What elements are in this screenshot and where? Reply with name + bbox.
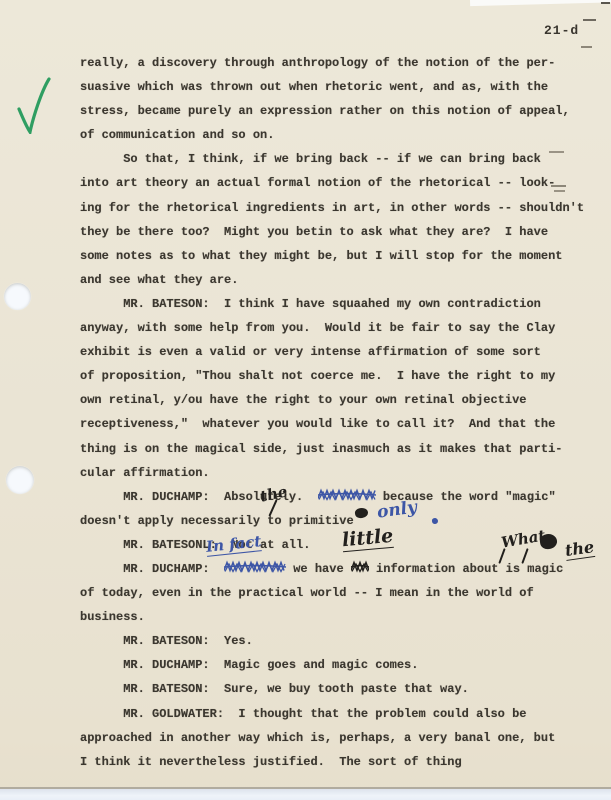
typed-line: MR. BATESON: Yes.	[80, 629, 611, 653]
typed-segment: we have	[286, 562, 351, 576]
handwritten-little: little	[341, 525, 394, 552]
typed-segment: MR. BATESON: Sure, we buy tooth paste th…	[80, 682, 469, 696]
typed-segment: MR. DUCHAMP: Magic goes and magic comes.	[80, 658, 418, 672]
typed-line: of proposition, "Thou shalt not coerce m…	[80, 364, 611, 388]
typed-segment: doesn't apply necessarily to primitive	[80, 514, 354, 528]
typed-segment: MR. GOLDWATER: I thought that the proble…	[80, 707, 526, 721]
typed-line: into art theory an actual formal notion …	[80, 171, 611, 195]
typed-segment: of today, even in the practical world --…	[80, 586, 534, 600]
typed-line: MR. DUCHAMP: Absolutely. because the wor…	[80, 485, 611, 509]
ink-scribble	[224, 560, 286, 573]
typed-line: MR. DUCHAMP: we have information about i…	[80, 557, 611, 581]
typed-line: suasive which was thrown out when rhetor…	[80, 75, 611, 99]
typed-line: MR. GOLDWATER: I thought that the proble…	[80, 702, 611, 726]
typed-segment: thing is on the magical side, just inasm…	[80, 442, 562, 456]
typed-line: really, a discovery through anthropology…	[80, 51, 611, 75]
pencil-dash	[551, 185, 566, 187]
punch-hole	[6, 466, 34, 494]
pencil-dash	[581, 46, 592, 48]
typed-line: thing is on the magical side, just inasm…	[80, 437, 611, 461]
pencil-dash	[583, 19, 596, 21]
typed-segment: really, a discovery through anthropology…	[80, 56, 555, 70]
typed-segment: of communication and so on.	[80, 128, 274, 142]
typed-segment: stress, became purely an expression rath…	[80, 104, 570, 118]
typed-segment: ing for the rhetorical ingredients in ar…	[80, 201, 584, 215]
typed-line: MR. BATESON: Sure, we buy tooth paste th…	[80, 677, 611, 701]
scan-bottom-strip	[0, 789, 611, 800]
handwritten-the-2: the	[564, 537, 596, 561]
typed-line: and see what they are.	[80, 268, 611, 292]
typed-line: business.	[80, 605, 611, 629]
punch-hole	[4, 283, 31, 310]
typed-line: MR. BATESON: I think I have squaahed my …	[80, 292, 611, 316]
typed-text: really, a discovery through anthropology…	[80, 51, 611, 774]
typed-segment: MR. BATESONL: Not at all.	[80, 538, 310, 552]
typed-line: approached in another way which is, perh…	[80, 726, 611, 750]
typed-line: anyway, with some help from you. Would i…	[80, 316, 611, 340]
typed-segment: MR. BATESON: Yes.	[80, 634, 253, 648]
typed-segment: cular affirmation.	[80, 466, 210, 480]
typed-line: some notes as to what they might be, but…	[80, 244, 611, 268]
pencil-dash	[549, 151, 564, 153]
typed-line: ing for the rhetorical ingredients in ar…	[80, 196, 611, 220]
typed-line: cular affirmation.	[80, 461, 611, 485]
edge-mark	[601, 2, 610, 4]
typed-segment: MR. BATESON: I think I have squaahed my …	[80, 297, 541, 311]
typed-segment: and see what they are.	[80, 273, 238, 287]
scanned-transcript-page: 21-d really, a discovery through anthrop…	[0, 0, 611, 800]
typed-line: stress, became purely an expression rath…	[80, 99, 611, 123]
typed-line: So that, I think, if we bring back -- if…	[80, 147, 611, 171]
typed-segment: some notes as to what they might be, but…	[80, 249, 562, 263]
typed-segment: receptiveness," whatever you would like …	[80, 417, 555, 431]
typed-segment: approached in another way which is, perh…	[80, 731, 555, 745]
typed-line: of today, even in the practical world --…	[80, 581, 611, 605]
typed-segment: I think it nevertheless justified. The s…	[80, 755, 462, 769]
typed-line: of communication and so on.	[80, 123, 611, 147]
typed-segment: of proposition, "Thou shalt not coerce m…	[80, 369, 555, 383]
typed-segment: information about is magic	[369, 562, 563, 576]
typed-line: MR. DUCHAMP: Magic goes and magic comes.	[80, 653, 611, 677]
green-checkmark	[14, 76, 52, 134]
scan-corner-edge	[470, 0, 611, 6]
typed-segment: into art theory an actual formal notion …	[80, 176, 555, 190]
pencil-dash	[554, 190, 565, 192]
page-number: 21-d	[544, 23, 579, 38]
typed-segment: they be there too? Might you betin to as…	[80, 225, 548, 239]
ink-scribble	[318, 488, 376, 501]
typed-line: receptiveness," whatever you would like …	[80, 412, 611, 436]
typed-segment: business.	[80, 610, 145, 624]
typed-line: exhibit is even a valid or very intense …	[80, 340, 611, 364]
typed-line: they be there too? Might you betin to as…	[80, 220, 611, 244]
typed-segment: MR. DUCHAMP:	[80, 562, 224, 576]
typed-segment: own retinal, y/ou have the right to your…	[80, 393, 526, 407]
typed-segment: anyway, with some help from you. Would i…	[80, 321, 555, 335]
typed-segment: So that, I think, if we bring back -- if…	[80, 152, 541, 166]
typed-segment: exhibit is even a valid or very intense …	[80, 345, 541, 359]
typed-segment: suasive which was thrown out when rhetor…	[80, 80, 548, 94]
typed-line: I think it nevertheless justified. The s…	[80, 750, 611, 774]
typed-line: own retinal, y/ou have the right to your…	[80, 388, 611, 412]
ink-scribble	[351, 560, 369, 573]
